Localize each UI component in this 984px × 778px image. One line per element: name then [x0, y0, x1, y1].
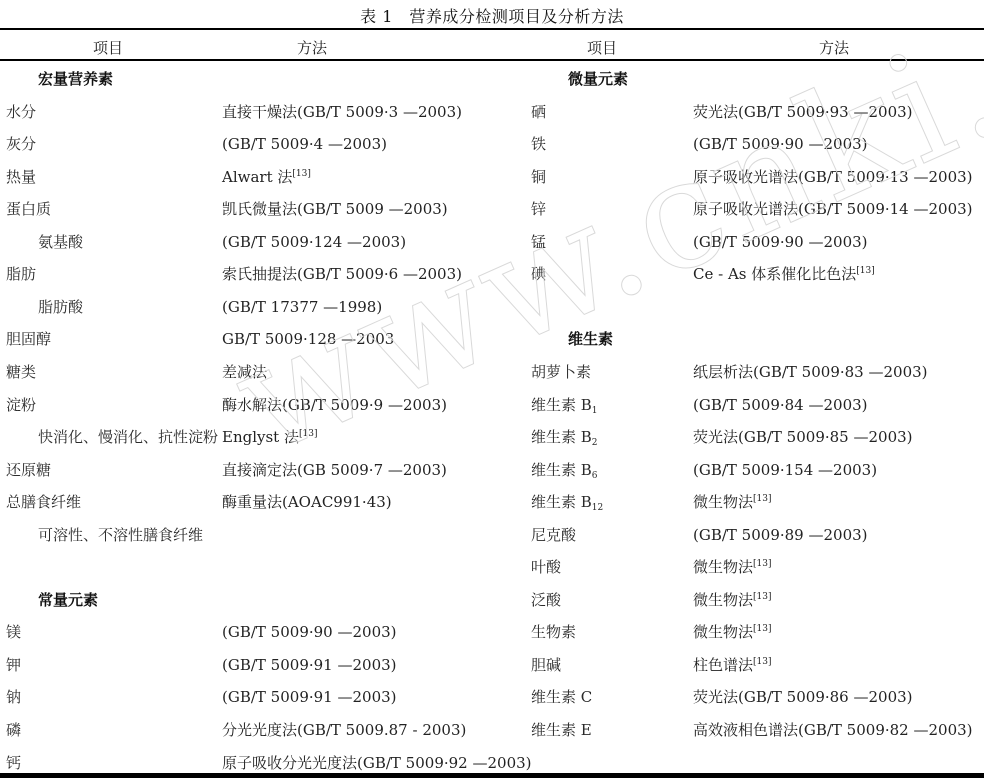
method-cell: 差减法 — [222, 362, 267, 382]
section-heading: 常量元素 — [38, 590, 98, 610]
method-cell: 酶重量法(AOAC991·43) — [222, 492, 392, 512]
method-cell: 微生物法[13] — [693, 557, 772, 577]
item-cell: 糖类 — [6, 362, 36, 382]
method-cell: 原子吸收光谱法(GB/T 5009·14 —2003) — [693, 199, 973, 219]
item-cell: 硒 — [531, 102, 546, 122]
method-cell: (GB/T 5009·91 —2003) — [222, 687, 397, 707]
method-label: 酶重量法(AOAC991·43) — [222, 493, 392, 511]
method-label: Ce - As 体系催化比色法 — [693, 265, 856, 283]
citation-superscript: [13] — [753, 624, 771, 634]
citation-superscript: [13] — [753, 559, 771, 569]
item-cell: 叶酸 — [531, 557, 561, 577]
method-label: (GB/T 5009·91 —2003) — [222, 656, 397, 674]
item-cell: 铁 — [531, 134, 546, 154]
citation-superscript: [13] — [753, 592, 771, 602]
item-label: 维生素 B — [531, 493, 592, 511]
item-subscript: 1 — [592, 406, 598, 416]
item-cell: 脂肪酸 — [38, 297, 83, 317]
header-item-left: 项目 — [93, 37, 123, 58]
method-label: 微生物法 — [693, 591, 753, 609]
item-label: 维生素 C — [531, 688, 592, 706]
item-label: 锰 — [531, 233, 546, 251]
section-heading: 维生素 — [568, 329, 613, 349]
method-cell: 荧光法(GB/T 5009·86 —2003) — [693, 687, 913, 707]
item-label: 维生素 B — [531, 396, 592, 414]
method-cell: (GB/T 5009·154 —2003) — [693, 460, 877, 480]
item-cell: 维生素 B1 — [531, 395, 598, 415]
method-label: (GB/T 5009·91 —2003) — [222, 688, 397, 706]
item-cell: 锌 — [531, 199, 546, 219]
method-label: 直接滴定法(GB 5009·7 —2003) — [222, 461, 447, 479]
method-cell: 索氏抽提法(GB/T 5009·6 —2003) — [222, 264, 462, 284]
method-cell: 柱色谱法[13] — [693, 655, 772, 675]
item-label: 泛酸 — [531, 591, 561, 609]
method-label: (GB/T 5009·90 —2003) — [693, 233, 868, 251]
method-cell: (GB/T 5009·84 —2003) — [693, 395, 868, 415]
method-cell: 荧光法(GB/T 5009·93 —2003) — [693, 102, 913, 122]
item-label: 钾 — [6, 656, 21, 674]
header-item-right: 项目 — [587, 37, 617, 58]
method-cell: Englyst 法[13] — [222, 427, 317, 447]
item-cell: 氨基酸 — [38, 232, 83, 252]
method-label: 差减法 — [222, 363, 267, 381]
item-cell: 淀粉 — [6, 395, 36, 415]
table-caption: 表 1 营养成分检测项目及分析方法 — [0, 4, 984, 27]
method-label: 荧光法(GB/T 5009·86 —2003) — [693, 688, 913, 706]
item-cell: 钠 — [6, 687, 21, 707]
item-label: 维生素 B — [531, 461, 592, 479]
item-label: 维生素 E — [531, 721, 592, 739]
item-cell: 胆碱 — [531, 655, 561, 675]
method-cell: 分光光度法(GB/T 5009.87 - 2003) — [222, 720, 466, 740]
method-label: (GB/T 5009·89 —2003) — [693, 526, 868, 544]
section-heading: 微量元素 — [568, 69, 628, 89]
item-cell: 铜 — [531, 167, 546, 187]
item-cell: 灰分 — [6, 134, 36, 154]
item-label: 脂肪酸 — [38, 298, 83, 316]
item-label: 镁 — [6, 623, 21, 641]
item-cell: 维生素 E — [531, 720, 592, 740]
top-rule — [0, 28, 984, 30]
method-label: 凯氏微量法(GB/T 5009 —2003) — [222, 200, 448, 218]
method-cell: (GB/T 5009·91 —2003) — [222, 655, 397, 675]
item-label: 钙 — [6, 754, 21, 772]
item-label: 水分 — [6, 103, 36, 121]
method-cell: 纸层析法(GB/T 5009·83 —2003) — [693, 362, 928, 382]
method-cell: (GB/T 5009·90 —2003) — [693, 232, 868, 252]
item-label: 铜 — [531, 168, 546, 186]
method-label: 微生物法 — [693, 623, 753, 641]
item-subscript: 6 — [592, 471, 598, 481]
method-cell: 荧光法(GB/T 5009·85 —2003) — [693, 427, 913, 447]
item-label: 淀粉 — [6, 396, 36, 414]
item-cell: 水分 — [6, 102, 36, 122]
method-cell: 凯氏微量法(GB/T 5009 —2003) — [222, 199, 448, 219]
section-heading: 宏量营养素 — [38, 69, 113, 89]
item-cell: 总膳食纤维 — [6, 492, 81, 512]
method-cell: (GB/T 5009·4 —2003) — [222, 134, 387, 154]
method-label: (GB/T 17377 —1998) — [222, 298, 382, 316]
item-cell: 泛酸 — [531, 590, 561, 610]
method-cell: Ce - As 体系催化比色法[13] — [693, 264, 875, 284]
header-method-left: 方法 — [297, 37, 327, 58]
method-cell: 高效液相色谱法(GB/T 5009·82 —2003) — [693, 720, 973, 740]
method-label: 柱色谱法 — [693, 656, 753, 674]
method-label: 荧光法(GB/T 5009·85 —2003) — [693, 428, 913, 446]
item-label: 胡萝卜素 — [531, 363, 591, 381]
item-cell: 胡萝卜素 — [531, 362, 591, 382]
bottom-rule — [0, 773, 984, 778]
citation-superscript: [13] — [753, 494, 771, 504]
item-cell: 维生素 B12 — [531, 492, 603, 512]
header-rule — [0, 59, 984, 61]
item-cell: 尼克酸 — [531, 525, 576, 545]
method-cell: 原子吸收分光光度法(GB/T 5009·92 —2003) — [222, 753, 532, 773]
item-label: 热量 — [6, 168, 36, 186]
item-cell: 钙 — [6, 753, 21, 773]
item-label: 尼克酸 — [531, 526, 576, 544]
item-cell: 维生素 C — [531, 687, 592, 707]
method-label: 微生物法 — [693, 493, 753, 511]
item-cell: 锰 — [531, 232, 546, 252]
method-cell: (GB/T 5009·124 —2003) — [222, 232, 406, 252]
item-label: 锌 — [531, 200, 546, 218]
item-cell: 快消化、慢消化、抗性淀粉 — [38, 427, 218, 447]
method-cell: Alwart 法[13] — [222, 167, 311, 187]
method-cell: 酶水解法(GB/T 5009·9 —2003) — [222, 395, 447, 415]
method-cell: (GB/T 5009·90 —2003) — [693, 134, 868, 154]
item-subscript: 2 — [592, 438, 598, 448]
item-cell: 镁 — [6, 622, 21, 642]
method-cell: 微生物法[13] — [693, 622, 772, 642]
method-label: (GB/T 5009·124 —2003) — [222, 233, 406, 251]
method-cell: GB/T 5009·128 —2003 — [222, 329, 394, 349]
item-label: 微量元素 — [568, 70, 628, 88]
item-label: 维生素 B — [531, 428, 592, 446]
citation-superscript: [13] — [299, 429, 317, 439]
item-cell: 脂肪 — [6, 264, 36, 284]
method-label: 直接干燥法(GB/T 5009·3 —2003) — [222, 103, 462, 121]
item-subscript: 12 — [592, 503, 603, 513]
method-cell: (GB/T 17377 —1998) — [222, 297, 382, 317]
item-cell: 生物素 — [531, 622, 576, 642]
item-label: 生物素 — [531, 623, 576, 641]
method-label: GB/T 5009·128 —2003 — [222, 330, 394, 348]
item-label: 磷 — [6, 721, 21, 739]
citation-superscript: [13] — [856, 266, 874, 276]
item-label: 总膳食纤维 — [6, 493, 81, 511]
item-cell: 胆固醇 — [6, 329, 51, 349]
item-label: 钠 — [6, 688, 21, 706]
method-label: (GB/T 5009·4 —2003) — [222, 135, 387, 153]
citation-superscript: [13] — [753, 657, 771, 667]
method-label: 原子吸收光谱法(GB/T 5009·14 —2003) — [693, 200, 973, 218]
item-label: 灰分 — [6, 135, 36, 153]
method-label: 原子吸收光谱法(GB/T 5009·13 —2003) — [693, 168, 973, 186]
item-label: 维生素 — [568, 330, 613, 348]
method-label: 纸层析法(GB/T 5009·83 —2003) — [693, 363, 928, 381]
method-label: (GB/T 5009·84 —2003) — [693, 396, 868, 414]
method-label: 高效液相色谱法(GB/T 5009·82 —2003) — [693, 721, 973, 739]
item-cell: 蛋白质 — [6, 199, 51, 219]
item-label: 脂肪 — [6, 265, 36, 283]
method-label: Englyst 法 — [222, 428, 299, 446]
item-label: 叶酸 — [531, 558, 561, 576]
method-label: 索氏抽提法(GB/T 5009·6 —2003) — [222, 265, 462, 283]
item-label: 还原糖 — [6, 461, 51, 479]
item-cell: 还原糖 — [6, 460, 51, 480]
method-cell: 原子吸收光谱法(GB/T 5009·13 —2003) — [693, 167, 973, 187]
item-label: 宏量营养素 — [38, 70, 113, 88]
item-label: 蛋白质 — [6, 200, 51, 218]
item-label: 快消化、慢消化、抗性淀粉 — [38, 428, 218, 446]
item-label: 铁 — [531, 135, 546, 153]
item-label: 氨基酸 — [38, 233, 83, 251]
method-label: (GB/T 5009·90 —2003) — [222, 623, 397, 641]
item-label: 胆碱 — [531, 656, 561, 674]
method-cell: 直接干燥法(GB/T 5009·3 —2003) — [222, 102, 462, 122]
item-label: 糖类 — [6, 363, 36, 381]
item-cell: 维生素 B6 — [531, 460, 598, 480]
item-label: 可溶性、不溶性膳食纤维 — [38, 526, 203, 544]
method-label: 荧光法(GB/T 5009·93 —2003) — [693, 103, 913, 121]
item-cell: 热量 — [6, 167, 36, 187]
item-cell: 可溶性、不溶性膳食纤维 — [38, 525, 203, 545]
method-label: 原子吸收分光光度法(GB/T 5009·92 —2003) — [222, 754, 532, 772]
method-label: (GB/T 5009·154 —2003) — [693, 461, 877, 479]
item-label: 常量元素 — [38, 591, 98, 609]
item-cell: 磷 — [6, 720, 21, 740]
method-label: 微生物法 — [693, 558, 753, 576]
header-method-right: 方法 — [819, 37, 849, 58]
item-cell: 钾 — [6, 655, 21, 675]
method-cell: 微生物法[13] — [693, 590, 772, 610]
item-label: 硒 — [531, 103, 546, 121]
method-label: 酶水解法(GB/T 5009·9 —2003) — [222, 396, 447, 414]
item-cell: 碘 — [531, 264, 546, 284]
method-cell: (GB/T 5009·90 —2003) — [222, 622, 397, 642]
item-label: 碘 — [531, 265, 546, 283]
citation-superscript: [13] — [292, 169, 310, 179]
item-cell: 维生素 B2 — [531, 427, 598, 447]
method-cell: 直接滴定法(GB 5009·7 —2003) — [222, 460, 447, 480]
method-label: Alwart 法 — [222, 168, 292, 186]
method-cell: (GB/T 5009·89 —2003) — [693, 525, 868, 545]
item-label: 胆固醇 — [6, 330, 51, 348]
method-label: (GB/T 5009·90 —2003) — [693, 135, 868, 153]
method-cell: 微生物法[13] — [693, 492, 772, 512]
method-label: 分光光度法(GB/T 5009.87 - 2003) — [222, 721, 466, 739]
